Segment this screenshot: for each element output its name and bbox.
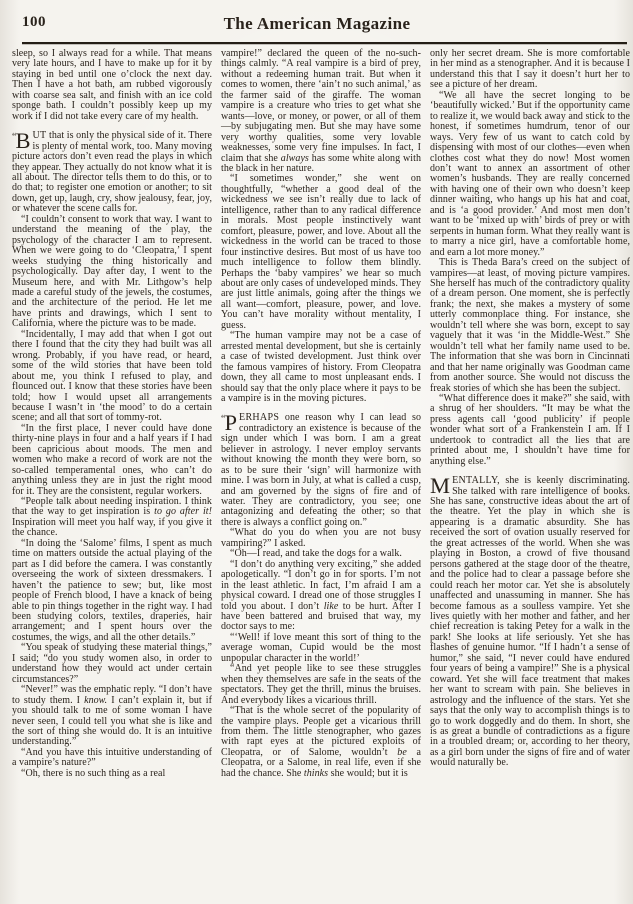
body-text: “I sometimes wonder,” she went on though…	[221, 173, 421, 330]
section-paragraph: “BUT that is only the physical side of i…	[12, 131, 212, 215]
paragraph: “And yet people like to see these strugg…	[221, 664, 421, 706]
paragraph: “I don’t do anything very exciting,” she…	[221, 560, 421, 633]
paragraph: “You speak of studying these material th…	[12, 643, 212, 685]
body-text: This is Theda Bara’s creed on the subjec…	[430, 257, 630, 393]
body-text: “We all have the secret longing to be ‘b…	[430, 90, 630, 258]
paragraph: sleep, so I always read for a while. Tha…	[12, 49, 212, 122]
drop-cap: “B	[12, 132, 31, 151]
magazine-page: 100 The American Magazine sleep, so I al…	[0, 0, 633, 904]
body-text: “And you have this intuitive understandi…	[12, 747, 212, 768]
masthead: 100 The American Magazine	[22, 14, 612, 38]
section-lead-word: UT	[33, 130, 47, 141]
italic-text: be	[397, 747, 407, 758]
paragraph: This is Theda Bara’s creed on the subjec…	[430, 258, 630, 394]
paragraph: “And you have this intuitive understandi…	[12, 748, 212, 769]
paragraph: “That is the whole secret of the popular…	[221, 706, 421, 779]
italic-text: know.	[84, 695, 107, 706]
paragraph: “I couldn’t consent to work that way. I …	[12, 215, 212, 330]
column-2: vampire!” declared the queen of the no-s…	[221, 49, 421, 779]
article-body: sleep, so I always read for a while. Tha…	[12, 49, 622, 779]
body-text: “In the first place, I never could have …	[12, 423, 212, 497]
body-text: “Oh, there is no such thing as a real	[21, 768, 165, 779]
paragraph: “Oh, there is no such thing as a real	[12, 769, 212, 779]
section-lead-word: ENTALLY,	[452, 475, 500, 486]
paragraph: “We all have the secret longing to be ‘b…	[430, 91, 630, 258]
paragraph: “In doing the ‘Salome’ films, I spent as…	[12, 539, 212, 644]
section-paragraph: MENTALLY, she is keenly discriminating. …	[430, 476, 630, 769]
paragraph: “Incidentally, I may add that when I got…	[12, 330, 212, 424]
body-text: Inspiration will meet you half way, if y…	[12, 517, 212, 538]
body-text: “Incidentally, I may add that when I got…	[12, 329, 212, 424]
section-lead-word: ERHAPS	[239, 412, 279, 423]
body-text: “And yet people like to see these strugg…	[221, 663, 421, 705]
body-text: she is keenly discriminating. She talked…	[430, 475, 630, 768]
paragraph: “What difference does it make?” she said…	[430, 394, 630, 467]
body-text: vampire!” declared the queen of the no-s…	[221, 48, 421, 164]
body-text: “What difference does it make?” she said…	[430, 393, 630, 467]
paragraph: “What do you do when you are not busy va…	[221, 528, 421, 549]
italic-text: to go after it!	[154, 506, 212, 517]
paragraph: “I sometimes wonder,” she went on though…	[221, 174, 421, 331]
column-1: sleep, so I always read for a while. Tha…	[12, 49, 212, 779]
header-rule	[22, 42, 627, 44]
body-text: only her secret dream. She is more comfo…	[430, 48, 630, 90]
paragraph: “Never!” was the emphatic reply. “I don’…	[12, 685, 212, 748]
body-text: “Oh—I read, and take the dogs for a walk…	[230, 548, 402, 559]
body-text: “The human vampire may not be a case of …	[221, 330, 421, 404]
drop-cap-letter: P	[224, 410, 237, 435]
body-text: “In doing the ‘Salome’ films, I spent as…	[12, 538, 212, 643]
body-text: “That is the whole secret of the popular…	[221, 705, 421, 758]
italic-text: like	[324, 601, 339, 612]
paragraph: “In the first place, I never could have …	[12, 424, 212, 497]
column-3: only her secret dream. She is more comfo…	[430, 49, 630, 779]
paragraph: “The human vampire may not be a case of …	[221, 331, 421, 404]
italic-text: always	[281, 153, 309, 164]
body-text: “I couldn’t consent to work that way. I …	[12, 214, 212, 330]
drop-cap: M	[430, 477, 450, 496]
body-text: “You speak of studying these material th…	[12, 642, 212, 684]
body-text: one reason why I can lead so contradicto…	[221, 412, 421, 528]
body-text: that is only the physical side of it. Th…	[12, 130, 212, 214]
drop-cap-letter: M	[430, 473, 450, 498]
body-text: she would; but it is	[328, 768, 408, 779]
drop-cap-letter: B	[15, 128, 30, 153]
body-text: “‘Well! if love meant this sort of thing…	[221, 632, 421, 664]
magazine-title: The American Magazine	[22, 14, 612, 34]
paragraph: “People talk about needing inspiration. …	[12, 497, 212, 539]
italic-text: thinks	[304, 768, 328, 779]
body-text: “What do you do when you are not busy va…	[221, 527, 421, 548]
drop-cap: “P	[221, 414, 237, 433]
paragraph: only her secret dream. She is more comfo…	[430, 49, 630, 91]
paragraph: “‘Well! if love meant this sort of thing…	[221, 633, 421, 664]
section-paragraph: “PERHAPS one reason why I can lead so co…	[221, 413, 421, 528]
body-text: sleep, so I always read for a while. Tha…	[12, 48, 212, 122]
paragraph: vampire!” declared the queen of the no-s…	[221, 49, 421, 174]
